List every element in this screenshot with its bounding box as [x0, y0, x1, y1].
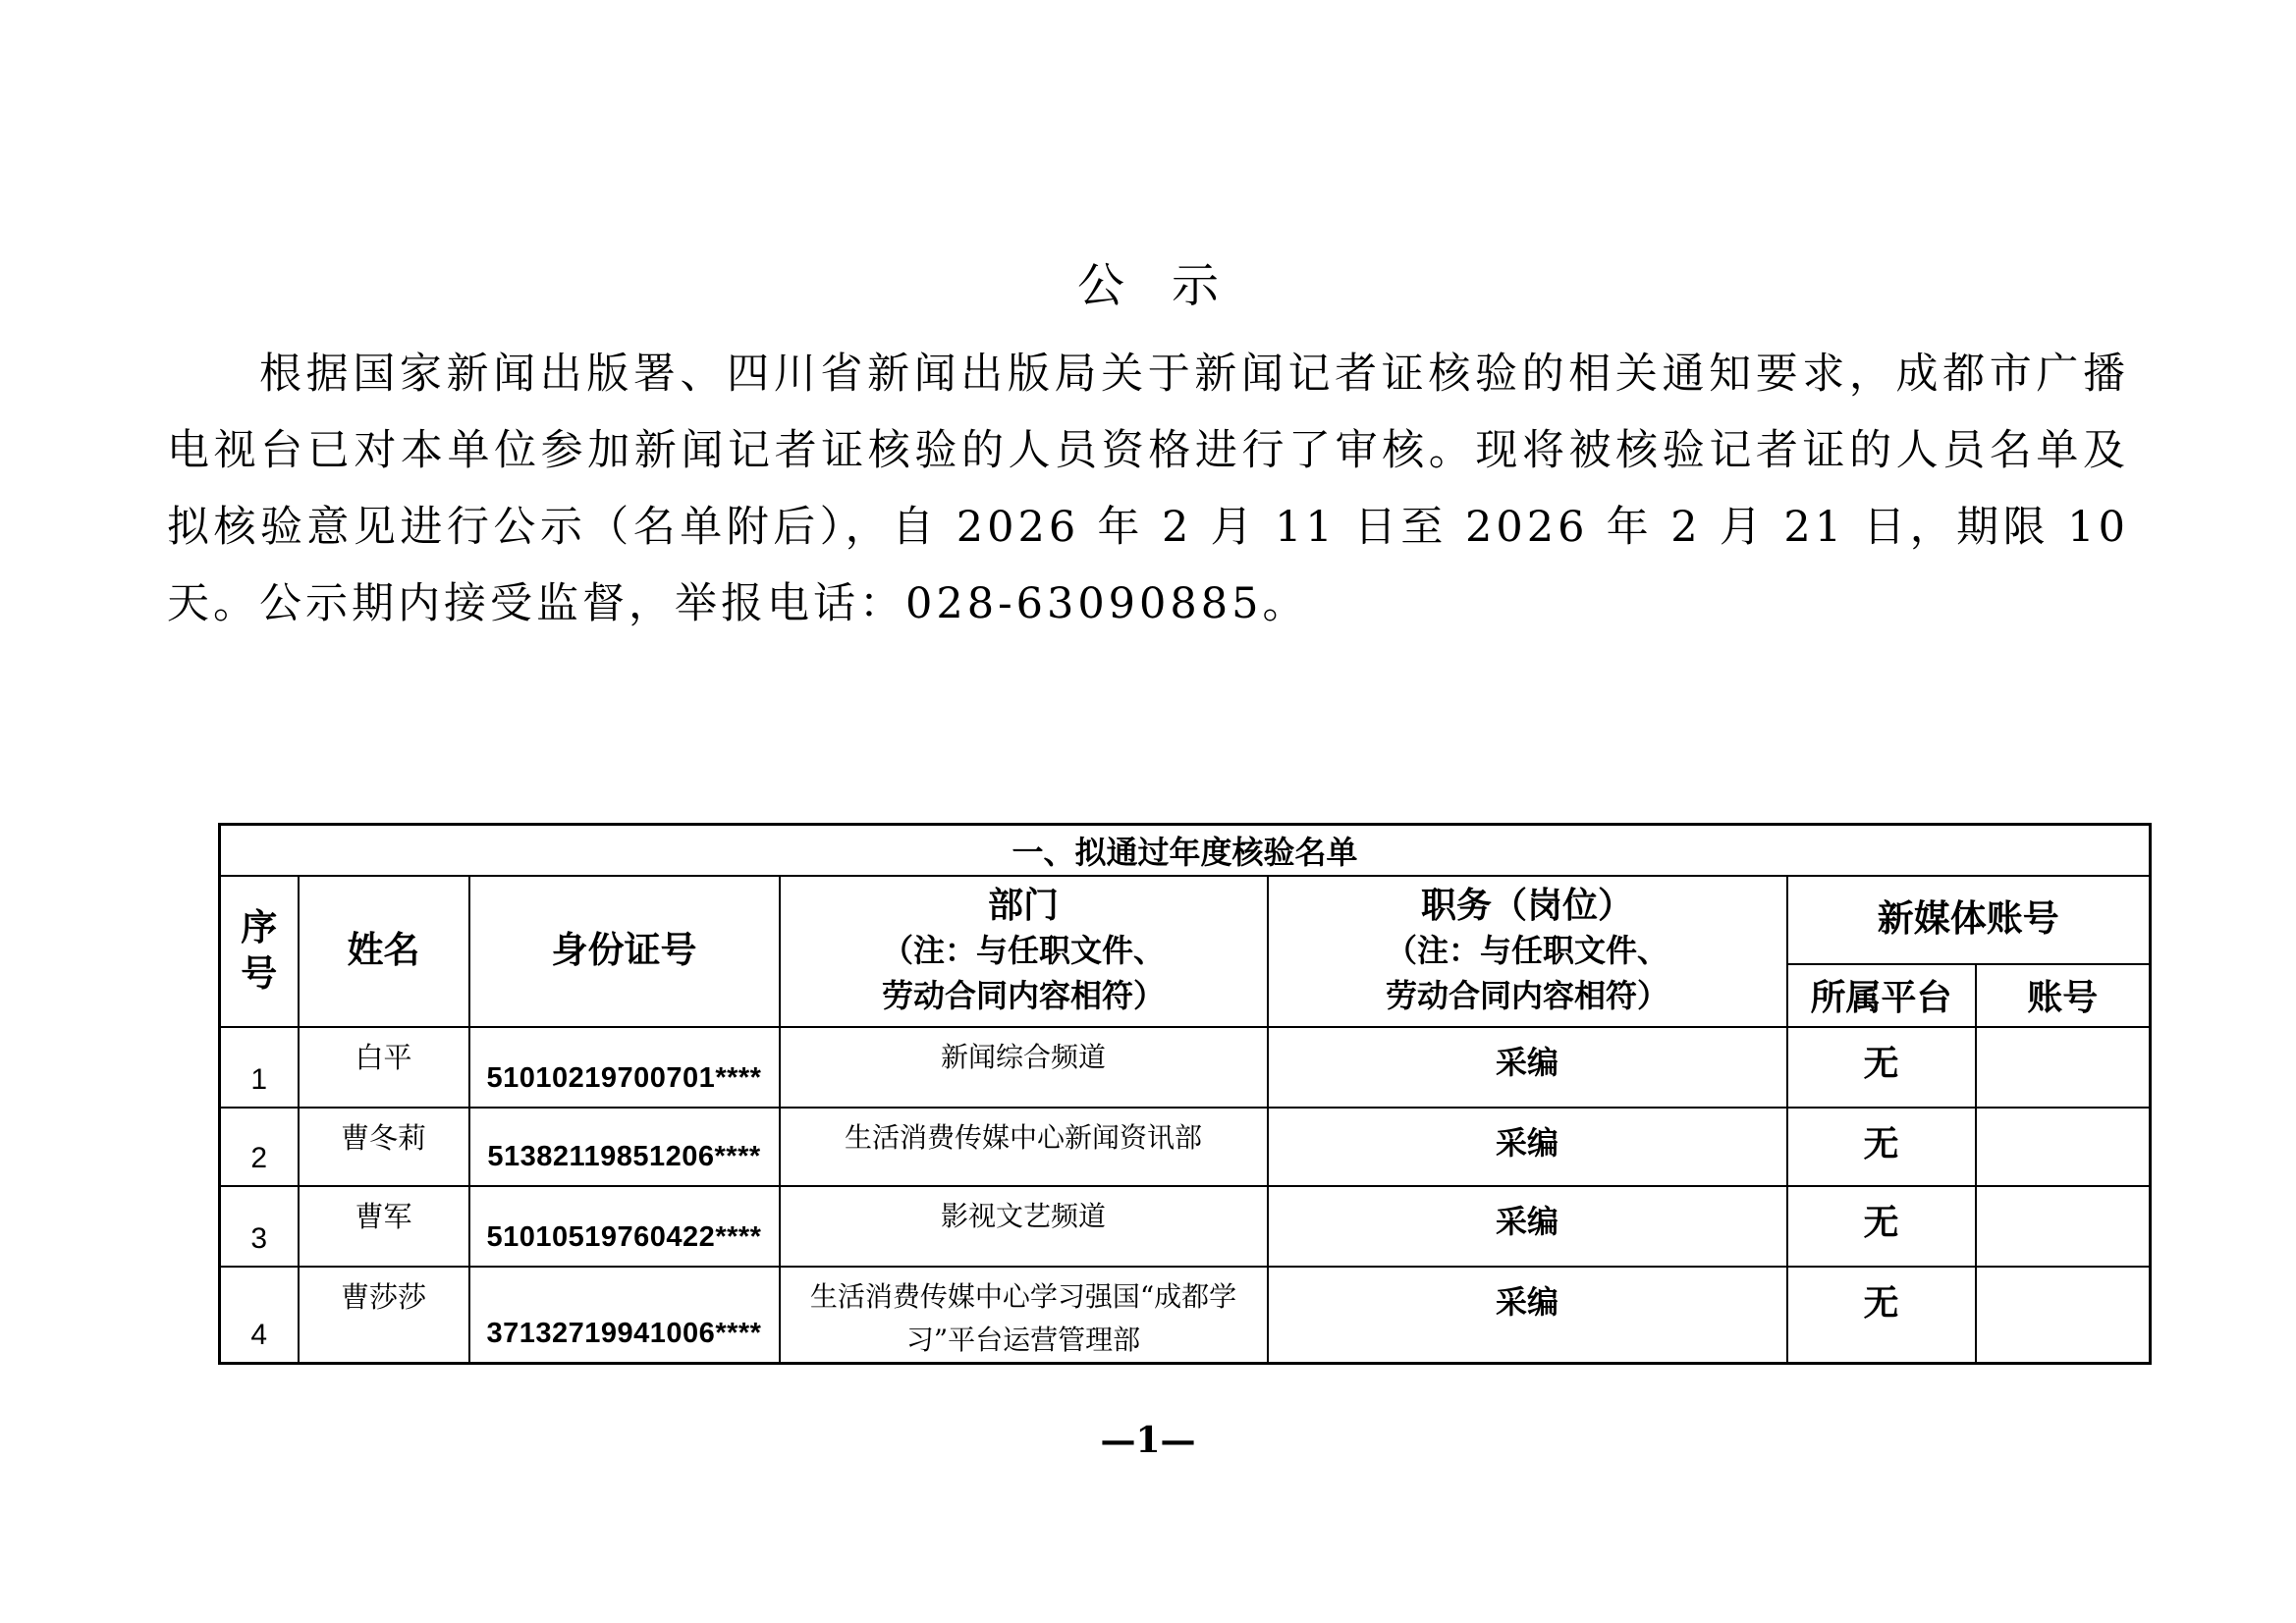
cell-platform: 无 — [1787, 1186, 1976, 1267]
cell-platform: 无 — [1787, 1027, 1976, 1108]
position-header-label: 职务（岗位） — [1269, 884, 1786, 928]
cell-name: 曹军 — [299, 1186, 469, 1267]
cell-department: 新闻综合频道 — [780, 1027, 1268, 1108]
cell-account — [1976, 1186, 2151, 1267]
cell-index: 2 — [220, 1108, 299, 1186]
department-header-label: 部门 — [781, 884, 1267, 928]
cell-department: 生活消费传媒中心新闻资讯部 — [780, 1108, 1268, 1186]
col-header-position: 职务（岗位） （注：与任职文件、 劳动合同内容相符） — [1268, 876, 1787, 1027]
cell-account — [1976, 1027, 2151, 1108]
cell-platform: 无 — [1787, 1267, 1976, 1364]
col-header-name: 姓名 — [299, 876, 469, 1027]
cell-name: 曹冬莉 — [299, 1108, 469, 1186]
cell-account — [1976, 1267, 2151, 1364]
cell-id-number: 51010519760422**** — [469, 1186, 780, 1267]
cell-position: 采编 — [1268, 1267, 1787, 1364]
verification-table: 一、拟通过年度核验名单 序号 姓名 身份证号 部门 （注：与任职文件、 劳动合同… — [218, 823, 2152, 1365]
col-header-id: 身份证号 — [469, 876, 780, 1027]
col-header-department: 部门 （注：与任职文件、 劳动合同内容相符） — [780, 876, 1268, 1027]
document-page: 公 示 根据国家新闻出版署、四川省新闻出版局关于新闻记者证核验的相关通知要求，成… — [0, 0, 2296, 1623]
cell-department: 生活消费传媒中心学习强国“成都学习”平台运营管理部 — [780, 1267, 1268, 1364]
table-header-row: 序号 姓名 身份证号 部门 （注：与任职文件、 劳动合同内容相符） 职务（岗位）… — [220, 876, 2151, 964]
cell-position: 采编 — [1268, 1108, 1787, 1186]
table-row: 3 曹军 51010519760422**** 影视文艺频道 采编 无 — [220, 1186, 2151, 1267]
cell-id-number: 51382119851206**** — [469, 1108, 780, 1186]
cell-position: 采编 — [1268, 1027, 1787, 1108]
col-header-platform: 所属平台 — [1787, 964, 1976, 1027]
cell-platform: 无 — [1787, 1108, 1976, 1186]
table-row: 2 曹冬莉 51382119851206**** 生活消费传媒中心新闻资讯部 采… — [220, 1108, 2151, 1186]
cell-id-number: 51010219700701**** — [469, 1027, 780, 1108]
table-row: 1 白平 51010219700701**** 新闻综合频道 采编 无 — [220, 1027, 2151, 1108]
cell-name: 曹莎莎 — [299, 1267, 469, 1364]
cell-account — [1976, 1108, 2151, 1186]
cell-id-number: 37132719941006**** — [469, 1267, 780, 1364]
table-row: 4 曹莎莎 37132719941006**** 生活消费传媒中心学习强国“成都… — [220, 1267, 2151, 1364]
position-header-note-line1: （注：与任职文件、 — [1269, 928, 1786, 973]
document-title: 公 示 — [0, 247, 2296, 315]
table-title: 一、拟通过年度核验名单 — [220, 825, 2151, 876]
table-title-row: 一、拟通过年度核验名单 — [220, 825, 2151, 876]
department-header-note-line1: （注：与任职文件、 — [781, 928, 1267, 973]
col-header-index: 序号 — [220, 876, 299, 1027]
cell-index: 4 — [220, 1267, 299, 1364]
position-header-note-line2: 劳动合同内容相符） — [1269, 973, 1786, 1018]
col-header-new-media: 新媒体账号 — [1787, 876, 2151, 964]
cell-index: 1 — [220, 1027, 299, 1108]
col-header-account: 账号 — [1976, 964, 2151, 1027]
cell-name: 白平 — [299, 1027, 469, 1108]
cell-position: 采编 — [1268, 1186, 1787, 1267]
cell-department: 影视文艺频道 — [780, 1186, 1268, 1267]
department-header-note-line2: 劳动合同内容相符） — [781, 973, 1267, 1018]
page-number: —1— — [0, 1420, 2296, 1461]
notice-paragraph: 根据国家新闻出版署、四川省新闻出版局关于新闻记者证核验的相关通知要求，成都市广播… — [167, 336, 2129, 642]
cell-index: 3 — [220, 1186, 299, 1267]
